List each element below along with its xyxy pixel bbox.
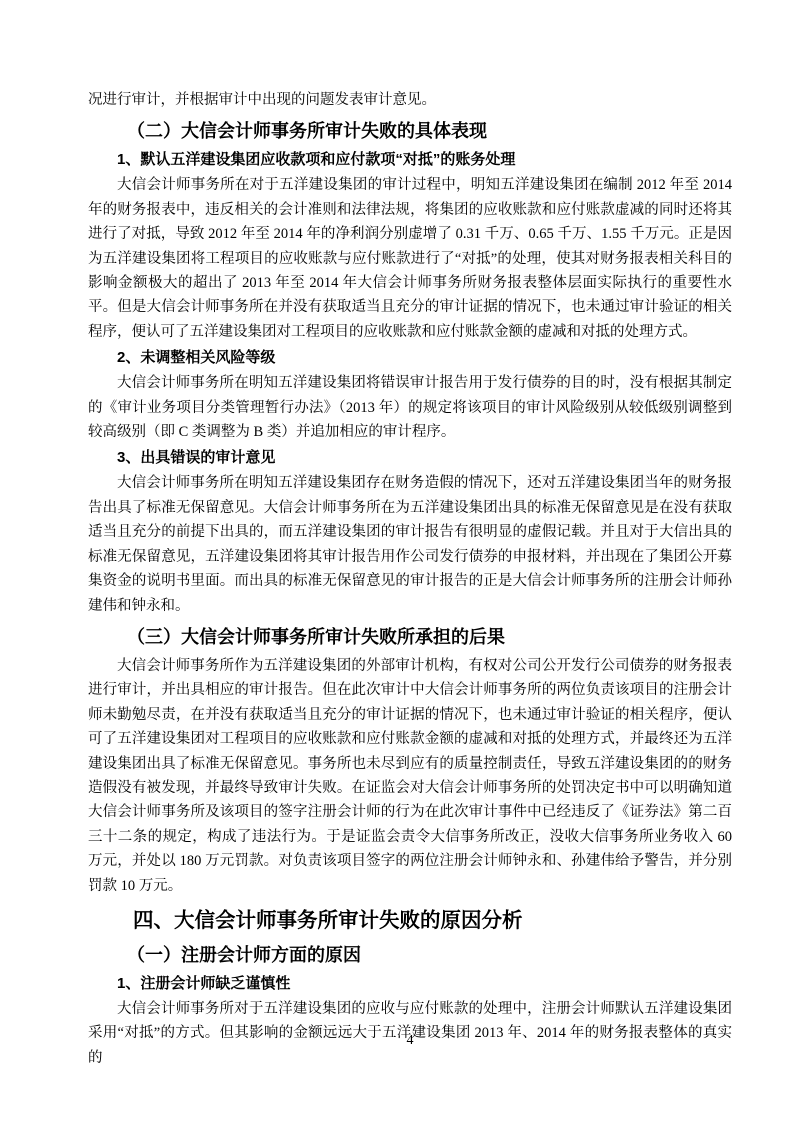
paragraph-consequences-penalties: 大信会计师事务所作为五洋建设集团的外部审计机构，有权对公司公开发行公司债券的财务…: [88, 654, 732, 898]
heading-section2-specific-manifestations: （二）大信会计师事务所审计失败的具体表现: [127, 118, 732, 144]
heading-section1-cpa-related-causes: （一）注册会计师方面的原因: [127, 942, 732, 968]
document-page: 况进行审计，并根据审计中出现的问题发表审计意见。 （二）大信会计师事务所审计失败…: [0, 0, 793, 1122]
heading-section3-consequences: （三）大信会计师事务所审计失败所承担的后果: [127, 624, 732, 650]
subheading-1-offset-accounting-treatment: 1、默认五洋建设集团应收款项和应付款项“对抵”的账务处理: [117, 148, 732, 171]
heading-chapter4-cause-analysis: 四、大信会计师事务所审计失败的原因分析: [133, 906, 732, 936]
subheading-3-wrong-audit-opinion: 3、出具错误的审计意见: [117, 446, 732, 469]
paragraph-unadjusted-risk-level: 大信会计师事务所在明知五洋建设集团将错误审计报告用于发行债券的目的时，没有根据其…: [88, 371, 732, 444]
document-content: 况进行审计，并根据审计中出现的问题发表审计意见。 （二）大信会计师事务所审计失败…: [88, 88, 732, 1070]
paragraph-offset-accounting-treatment: 大信会计师事务所在对于五洋建设集团的审计过程中，明知五洋建设集团在编制 2012…: [88, 173, 732, 344]
subheading-1-lack-of-prudence: 1、注册会计师缺乏谨慎性: [117, 972, 732, 995]
paragraph-wrong-audit-opinion: 大信会计师事务所在明知五洋建设集团存在财务造假的情况下，还对五洋建设集团当年的财…: [88, 471, 732, 617]
paragraph-continued-audit-opinion: 况进行审计，并根据审计中出现的问题发表审计意见。: [88, 88, 732, 112]
page-number: 4: [88, 1032, 732, 1050]
subheading-2-unadjusted-risk-level: 2、未调整相关风险等级: [117, 346, 732, 369]
